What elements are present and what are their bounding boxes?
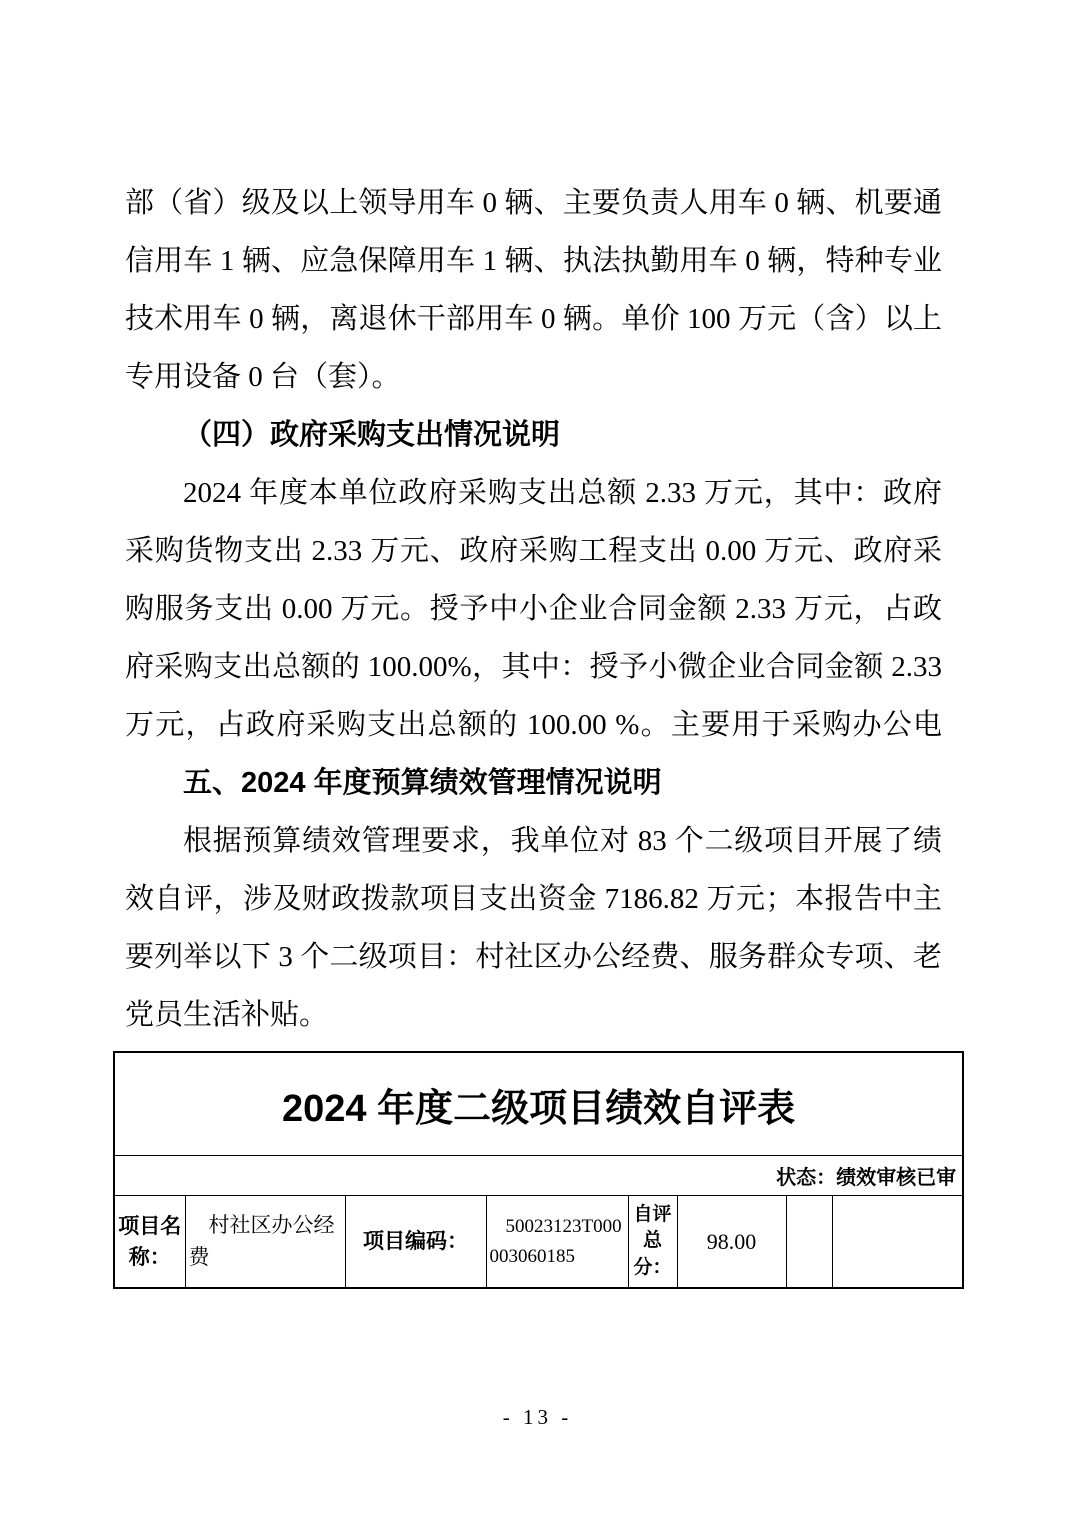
table-row: 项目名称： 村社区办公经费 项目编码： 50023123T00000306018… xyxy=(114,1196,963,1289)
body-line: 采购货物支出 2.33 万元、政府采购工程支出 0.00 万元、政府采 xyxy=(125,522,942,580)
section-heading-performance: 五、2024 年度预算绩效管理情况说明 xyxy=(125,754,942,812)
body-line: 万元，占政府采购支出总额的 100.00 %。主要用于采购办公电脑。 xyxy=(125,696,942,754)
body-line: 2024 年度本单位政府采购支出总额 2.33 万元，其中：政府 xyxy=(125,464,942,522)
body-line: 购服务支出 0.00 万元。授予中小企业合同金额 2.33 万元，占政 xyxy=(125,580,942,638)
body-line: 根据预算绩效管理要求，我单位对 83 个二级项目开展了绩 xyxy=(125,812,942,870)
page-number: - 13 - xyxy=(0,1405,1075,1430)
performance-self-evaluation-table: 2024 年度二级项目绩效自评表 状态：绩效审核已审 项目名称： 村社区办公经费… xyxy=(113,1051,964,1289)
body-line: 效自评，涉及财政拨款项目支出资金 7186.82 万元；本报告中主 xyxy=(125,870,942,928)
self-score-value: 98.00 xyxy=(677,1196,786,1289)
project-name-value: 村社区办公经费 xyxy=(185,1196,345,1289)
body-line: 党员生活补贴。 xyxy=(125,986,942,1044)
document-body: 部（省）级及以上领导用车 0 辆、主要负责人用车 0 辆、机要通 信用车 1 辆… xyxy=(125,174,942,1044)
body-line: 技术用车 0 辆，离退休干部用车 0 辆。单价 100 万元（含）以上 xyxy=(125,290,942,348)
body-line: 专用设备 0 台（套）。 xyxy=(125,348,942,406)
body-line: 部（省）级及以上领导用车 0 辆、主要负责人用车 0 辆、机要通 xyxy=(125,174,942,232)
section-heading-procurement: （四）政府采购支出情况说明 xyxy=(125,406,942,464)
status-label: 状态：绩效审核已审 xyxy=(114,1156,963,1196)
empty-cell xyxy=(832,1196,963,1289)
self-score-label: 自评总分： xyxy=(628,1196,677,1289)
project-code-value: 50023123T000003060185 xyxy=(486,1196,628,1289)
project-name-label: 项目名称： xyxy=(114,1196,185,1289)
table-title: 2024 年度二级项目绩效自评表 xyxy=(114,1052,963,1156)
empty-cell xyxy=(786,1196,832,1289)
project-code-label: 项目编码： xyxy=(345,1196,486,1289)
body-line: 府采购支出总额的 100.00%，其中：授予小微企业合同金额 2.33 xyxy=(125,638,942,696)
body-line: 要列举以下 3 个二级项目：村社区办公经费、服务群众专项、老 xyxy=(125,928,942,986)
body-line: 信用车 1 辆、应急保障用车 1 辆、执法执勤用车 0 辆，特种专业 xyxy=(125,232,942,290)
